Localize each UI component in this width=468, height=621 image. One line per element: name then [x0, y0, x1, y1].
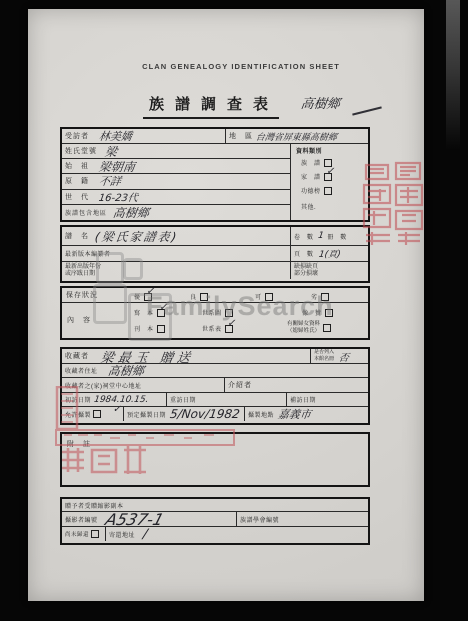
- interviewee-label: 受訪者: [65, 131, 89, 141]
- society-no-label: 族譜學會編號: [240, 515, 279, 524]
- extra-visit-label: 補訪日期: [290, 395, 316, 404]
- listed-cell: 是否列入 本館名冊 否: [311, 349, 368, 363]
- basic-info-table: 受訪者 林美嬌 地 區 台灣省屏東縣高樹鄉 姓氏堂號 梁 始 祖 梁朝南: [60, 127, 370, 222]
- surname-row: 姓氏堂號 梁: [62, 144, 290, 159]
- archive-table: 贈予者受贈縮影副本 攝影者編號 A537-1 族譜學會編號 尚未歸還 寄還地址: [60, 497, 370, 545]
- option-family-genealogy: 家 譜 ✓: [301, 172, 332, 181]
- book-title-value: (梁氏家譜表): [94, 228, 180, 245]
- unreturned-label: 尚未歸還: [65, 530, 89, 538]
- option-label: 家 譜: [301, 172, 321, 181]
- listed-value: 否: [338, 349, 350, 364]
- red-seal-stamp: [360, 161, 424, 251]
- society-no-cell: 族譜學會編號: [237, 512, 368, 526]
- coverage-label: 族譜包含地區: [65, 208, 107, 217]
- region-cell: 地 區 台灣省屏東縣高樹鄉: [226, 129, 368, 143]
- extra-visit-cell: 補訪日期: [287, 393, 368, 406]
- generations-value: 16-23代: [98, 189, 139, 204]
- microfilm-scan: CLAN GENEALOGY IDENTIFICATION SHEET 族譜調查…: [0, 0, 468, 621]
- interviewee-cell: 受訪者 林美嬌: [62, 129, 226, 143]
- volume-value: 1: [317, 231, 324, 241]
- unreturned-cell: 尚未歸還: [62, 527, 106, 541]
- familysearch-logo-square: [93, 284, 127, 324]
- listed-label: 是否列入: [314, 349, 334, 356]
- volume-cell: 卷 數 1 冊 數: [291, 227, 368, 245]
- collector-address-value: 高樹鄉: [106, 362, 144, 379]
- option-label: 功德榜: [301, 186, 321, 195]
- ancestor-label: 始 祖: [65, 161, 89, 171]
- familysearch-logo-square: [123, 258, 143, 280]
- pages-cell: 頁 數 1(頁): [291, 246, 368, 261]
- listed-label2: 本館名冊: [314, 356, 334, 363]
- checkbox: [91, 530, 99, 538]
- option-label: 有關婦女資料: [287, 321, 320, 328]
- option-label: 世系表: [202, 324, 222, 333]
- film-no-cell: 攝影者編號 A537-1: [62, 512, 237, 526]
- book-title-label: 譜 名: [65, 231, 89, 241]
- film-place-label: 攝製地點: [248, 410, 274, 419]
- film-no-label: 攝影者編號: [65, 515, 98, 524]
- familysearch-watermark: FamilySearch: [146, 291, 334, 322]
- generations-label: 世 代: [65, 192, 89, 202]
- content-label: 內 容: [67, 315, 91, 325]
- collector-cell: 收藏者 梁最玉 贈送: [62, 349, 311, 363]
- film-place-cell: 攝製地點 嘉義市: [245, 407, 368, 421]
- checkbox: [324, 187, 332, 195]
- return-address-label: 寄還地址: [109, 530, 135, 539]
- interviewee-value: 林美嬌: [98, 128, 133, 144]
- return-address-cell: 寄還地址 /: [106, 527, 368, 541]
- english-header: CLAN GENEALOGY IDENTIFICATION SHEET: [126, 62, 356, 71]
- collector-label: 收藏者: [65, 351, 89, 361]
- region-value: 台灣省屏東縣高樹鄉: [255, 130, 338, 143]
- region-label: 地 區: [229, 131, 253, 141]
- damage-label: 缺損缺頁: [294, 264, 318, 271]
- film-date-value: 5/Nov/1982: [169, 407, 241, 421]
- origin-label: 原 籍: [65, 176, 89, 186]
- option-other: 其他.: [301, 202, 316, 211]
- handwritten-region-note: 高樹鄉: [300, 93, 342, 112]
- form-title: 族譜調查表: [143, 93, 279, 119]
- category-cell: 資料類別 族 譜 家 譜 ✓ 功德榜 其他.: [291, 144, 368, 220]
- origin-row: 原 籍 不詳: [62, 174, 290, 189]
- pages-label: 頁 數: [294, 249, 314, 258]
- check-mark: ✓: [326, 166, 334, 177]
- option-label: 族 譜: [301, 158, 321, 167]
- content-lineage-table: 世系表 ✓: [202, 324, 233, 333]
- ancestor-row: 始 祖 梁朝南: [62, 159, 290, 174]
- category-label: 資料類別: [296, 146, 322, 155]
- damage-label2: 部分損壞: [294, 271, 318, 278]
- surname-label: 姓氏堂號: [65, 146, 97, 156]
- coverage-value: 高樹鄉: [112, 204, 150, 221]
- familysearch-logo-square: [96, 252, 124, 284]
- donor-copy-label: 贈予者受贈縮影副本: [65, 501, 124, 510]
- form-content: CLAN GENEALOGY IDENTIFICATION SHEET 族譜調查…: [0, 0, 468, 621]
- basic-left-rows: 姓氏堂號 梁 始 祖 梁朝南 原 籍 不詳 世 代 16-23代: [62, 144, 291, 220]
- red-archive-stamp: [54, 386, 244, 482]
- collector-address-label: 收藏者住址: [65, 366, 98, 375]
- content-women-data: 有關婦女資料 （媳婦姓氏）: [287, 321, 331, 335]
- book-count-label: 冊 數: [327, 232, 347, 241]
- option-label2: （媳婦姓氏）: [287, 328, 320, 335]
- title-cell: 譜 名 (梁氏家譜表): [62, 227, 291, 245]
- film-no-value: A537-1: [103, 510, 166, 529]
- volume-label: 卷 數: [294, 232, 314, 241]
- pages-value: 1(頁): [318, 247, 342, 260]
- damage-cell: 缺損缺頁 部分損壞: [291, 262, 368, 279]
- origin-value: 不詳: [98, 173, 122, 189]
- checkbox: [323, 324, 331, 332]
- film-place-value: 嘉義市: [277, 406, 312, 422]
- option-merit-board: 功德榜: [301, 186, 332, 195]
- collector-address-cell: 收藏者住址 高樹鄉: [62, 364, 368, 377]
- generations-row: 世 代 16-23代: [62, 190, 290, 205]
- option-label: 其他.: [301, 202, 316, 211]
- coverage-row: 族譜包含地區 高樹鄉: [62, 205, 290, 220]
- handwritten-note-tail: [352, 106, 382, 115]
- introducer-cell: 介紹者: [225, 378, 368, 392]
